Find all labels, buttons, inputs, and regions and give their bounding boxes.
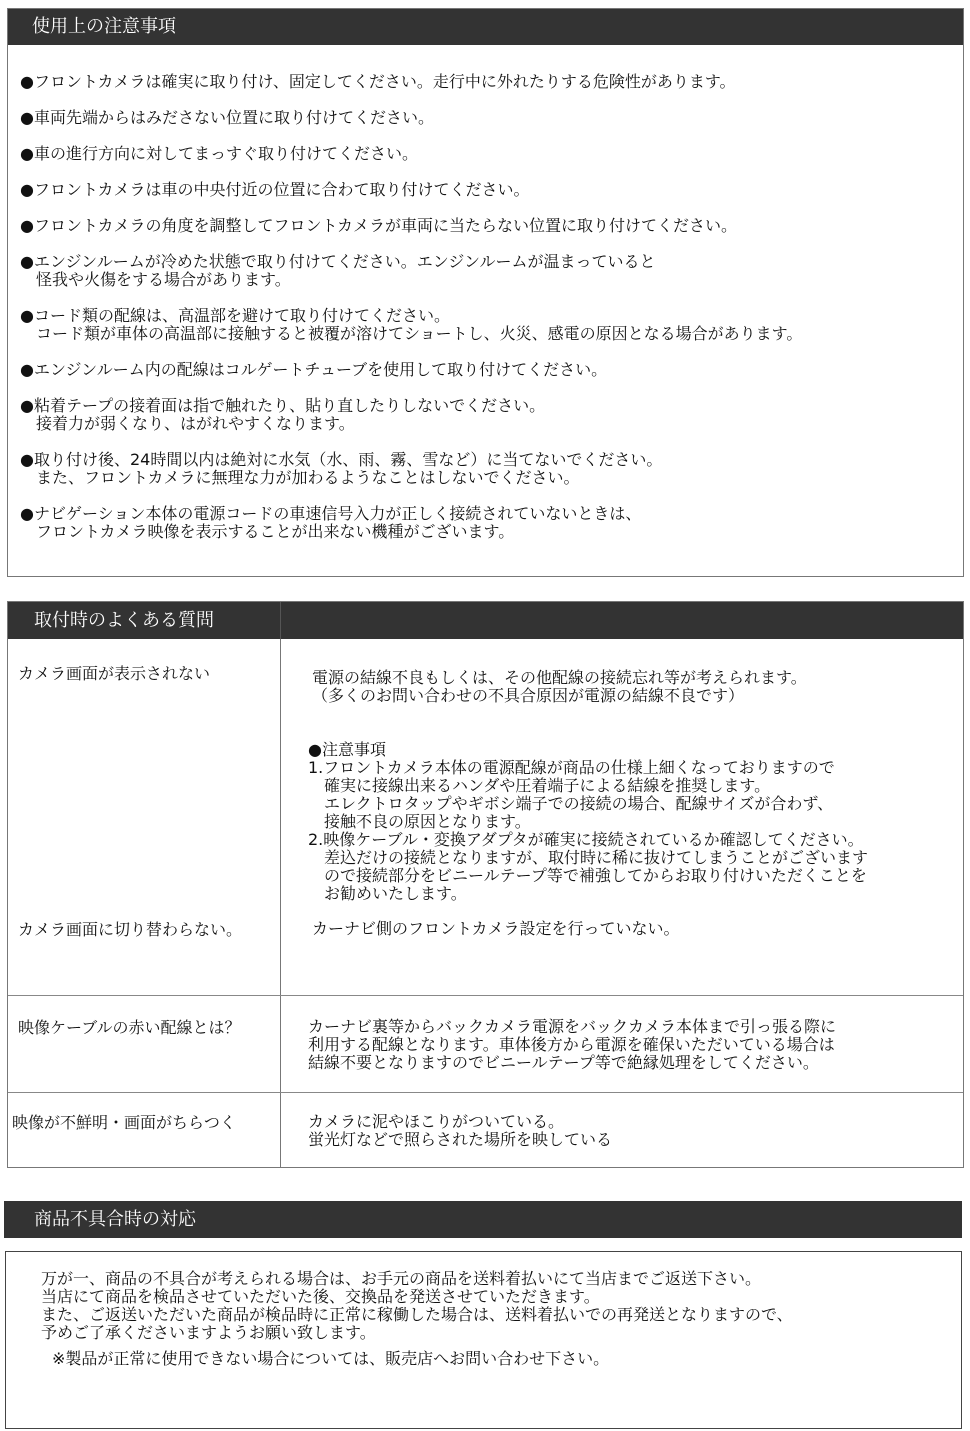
list-item: ●ナビゲーション本体の電源コードの車速信号入力が正しく接続されていないときは、 … — [20, 505, 641, 541]
faq-question: カメラ画面が表示されない — [18, 665, 210, 683]
list-item: ●エンジンルームが冷めた状態で取り付けてください。エンジンルームが温まっていると… — [20, 253, 656, 289]
list-item: ●コード類の配線は、高温部を避けて取り付けてください。 コード類が車体の高温部に… — [20, 307, 802, 343]
list-item: ●エンジンルーム内の配線はコルゲートチューブを使用して取り付けてください。 — [20, 361, 607, 379]
list-item: ●フロントカメラの角度を調整してフロントカメラが車両に当たらない位置に取り付けて… — [20, 217, 737, 235]
faq-question: 映像ケーブルの赤い配線とは？ — [18, 1019, 241, 1037]
list-item: ●粘着テープの接着面は指で触れたり、貼り直したりしないでください。 接着力が弱く… — [20, 397, 545, 433]
faq-answer: 電源の結線不良もしくは、その他配線の接続忘れ等が考えられます。 （多くのお問い合… — [312, 669, 807, 705]
column-divider — [280, 639, 281, 1167]
usage-precautions-header: 使用上の注意事項 — [8, 9, 963, 45]
row-divider — [8, 995, 963, 996]
defect-response-header: 商品不具合時の対応 — [4, 1201, 962, 1238]
faq-answer: カーナビ裏等からバックカメラ電源をバックカメラ本体まで引っ張る際に 利用する配線… — [308, 1018, 836, 1072]
row-divider — [8, 1092, 963, 1093]
footnote: ※製品が正常に使用できない場合については、販売店へお問い合わせ下さい。 — [52, 1350, 609, 1368]
faq-answer: カメラに泥やほこりがついている。 蛍光灯などで照らされた場所を映している — [308, 1113, 612, 1149]
faq-note: ●注意事項 1.フロントカメラ本体の電源配線が商品の仕様上細くなっておりますので… — [308, 741, 868, 903]
list-item: ●フロントカメラは確実に取り付け、固定してください。走行中に外れたりする危険性が… — [20, 73, 736, 91]
defect-response-text: 万が一、商品の不具合が考えられる場合は、お手元の商品を送料着払いにて当店までご返… — [41, 1270, 793, 1342]
header-divider — [280, 602, 281, 639]
faq-answer: カーナビ側のフロントカメラ設定を行っていない。 — [312, 920, 680, 938]
section-title: 商品不具合時の対応 — [34, 1202, 196, 1238]
list-item: ●取り付け後、24時間以内は絶対に水気（水、雨、霧、雪など）に当てないでください… — [20, 451, 662, 487]
faq-question: カメラ画面に切り替わらない。 — [18, 921, 242, 939]
list-item: ●フロントカメラは車の中央付近の位置に合わて取り付けてください。 — [20, 181, 529, 199]
list-item: ●車の進行方向に対してまっすぐ取り付けてください。 — [20, 145, 418, 163]
faq-header: 取付時のよくある質問 — [8, 602, 963, 639]
section-title: 取付時のよくある質問 — [34, 603, 214, 639]
list-item: ●車両先端からはみださない位置に取り付けてください。 — [20, 109, 434, 127]
usage-precautions-section — [7, 8, 964, 577]
faq-question: 映像が不鮮明・画面がちらつく — [12, 1114, 236, 1132]
section-title: 使用上の注意事項 — [32, 9, 176, 45]
